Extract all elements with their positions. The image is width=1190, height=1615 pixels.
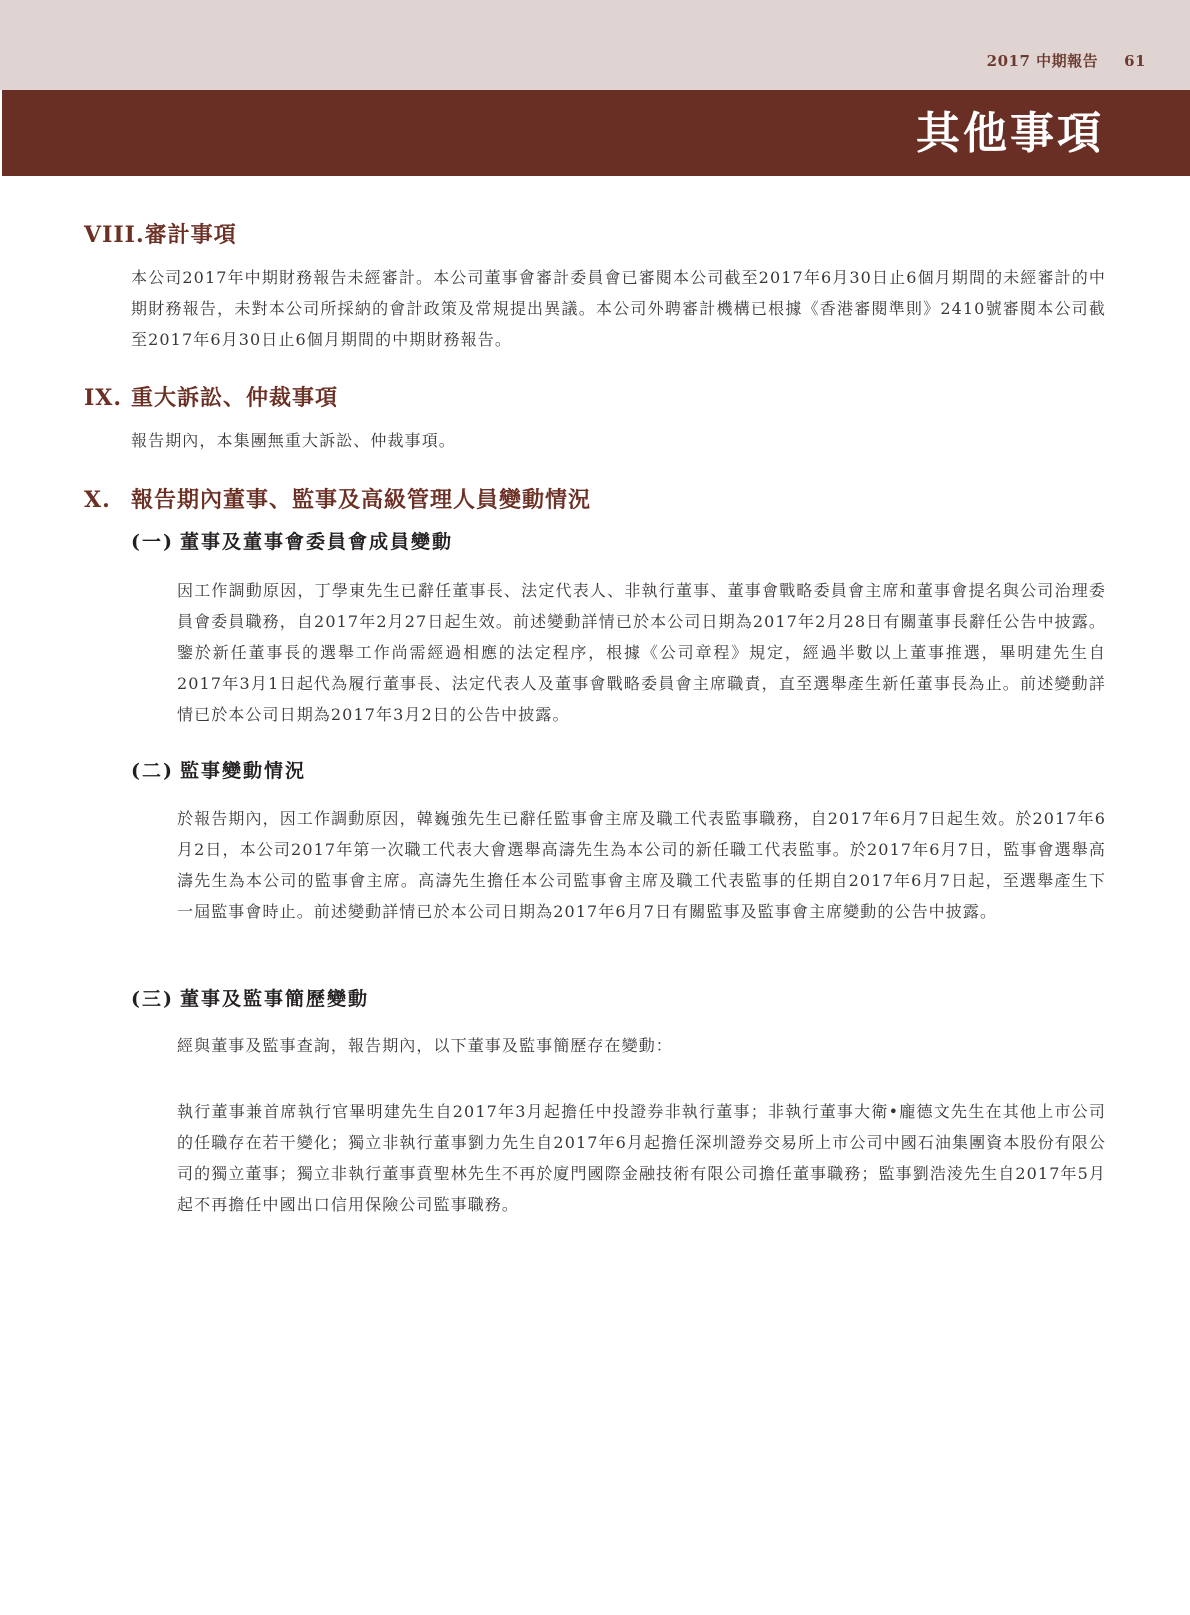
page-title: 其他事項 bbox=[916, 106, 1104, 162]
section-title-bar: 其他事項 bbox=[2, 90, 1190, 176]
section-number: VIII. bbox=[84, 220, 145, 250]
paragraph-biography-intro: 經與董事及監事查詢，報告期內，以下董事及監事簡歷存在變動： bbox=[177, 1030, 1106, 1061]
subsection-heading-2: (二)監事變動情況 bbox=[131, 757, 306, 785]
section-heading-x: X.報告期內董事、監事及高級管理人員變動情況 bbox=[84, 485, 591, 515]
subsection-number: (三) bbox=[131, 985, 174, 1013]
subsection-title: 董事及董事會委員會成員變動 bbox=[180, 531, 453, 553]
section-heading-ix: IX.重大訴訟、仲裁事項 bbox=[84, 383, 338, 413]
section-title: 報告期內董事、監事及高級管理人員變動情況 bbox=[131, 487, 591, 513]
paragraph-director-changes: 因工作調動原因，丁學東先生已辭任董事長、法定代表人、非執行董事、董事會戰略委員會… bbox=[177, 575, 1106, 730]
report-title: 2017 中期報告 bbox=[987, 52, 1098, 70]
paragraph-biography-changes: 執行董事兼首席執行官畢明建先生自2017年3月起擔任中投證券非執行董事；非執行董… bbox=[177, 1096, 1106, 1220]
subsection-title: 董事及監事簡歷變動 bbox=[180, 988, 369, 1010]
section-number: X. bbox=[84, 485, 131, 515]
running-header: 2017 中期報告61 bbox=[987, 50, 1146, 71]
paragraph-litigation: 報告期內，本集團無重大訴訟、仲裁事項。 bbox=[131, 425, 1106, 456]
running-header-band bbox=[0, 0, 1190, 90]
section-title: 重大訴訟、仲裁事項 bbox=[131, 385, 338, 411]
paragraph-supervisor-changes: 於報告期內，因工作調動原因，韓巍強先生已辭任監事會主席及職工代表監事職務，自20… bbox=[177, 803, 1106, 927]
page-number: 61 bbox=[1124, 52, 1146, 70]
subsection-number: (一) bbox=[131, 528, 174, 556]
section-number: IX. bbox=[84, 383, 131, 413]
subsection-number: (二) bbox=[131, 757, 174, 785]
paragraph-audit: 本公司2017年中期財務報告未經審計。本公司董事會審計委員會已審閱本公司截至20… bbox=[131, 262, 1106, 355]
subsection-heading-3: (三)董事及監事簡歷變動 bbox=[131, 985, 369, 1013]
section-title: 審計事項 bbox=[145, 222, 237, 248]
subsection-title: 監事變動情況 bbox=[180, 760, 306, 782]
section-heading-viii: VIII.審計事項 bbox=[84, 220, 237, 250]
subsection-heading-1: (一)董事及董事會委員會成員變動 bbox=[131, 528, 453, 556]
